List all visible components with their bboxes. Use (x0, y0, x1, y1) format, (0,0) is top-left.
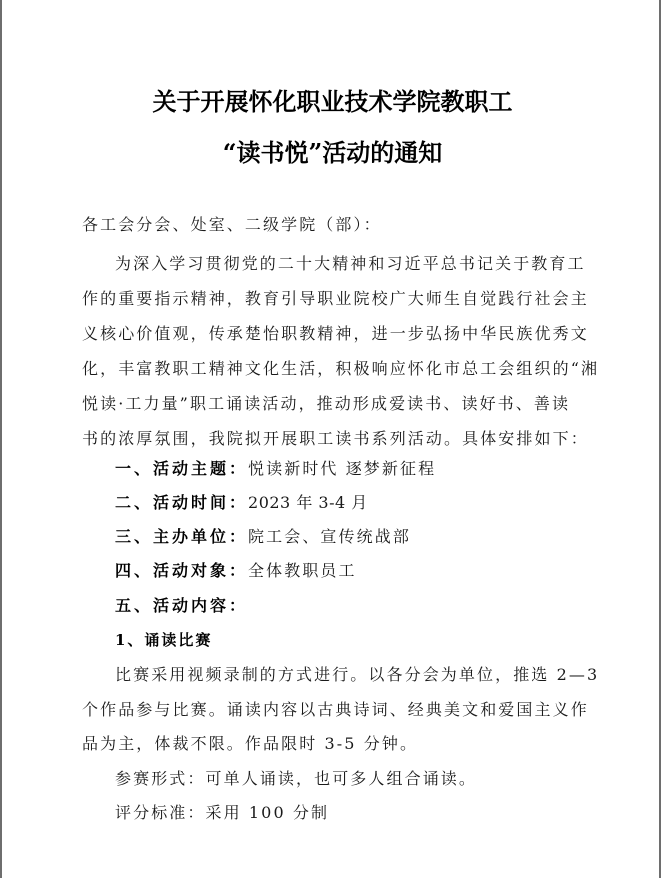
contest-line: 品为主，体裁不限。作品限时 3-5 分钟。 (82, 734, 592, 754)
intro-line: 义核心价值观，传承楚怡职教精神，进一步弘扬中华民族优秀文 (82, 324, 592, 344)
intro-line: 为深入学习贯彻党的二十大精神和习近平总书记关于教育工 (115, 254, 625, 274)
item-value: 全体教职员工 (248, 561, 357, 580)
document-page: 关于开展怀化职业技术学院教职工 “读书悦”活动的通知 各工会分会、处室、二级学院… (0, 0, 661, 878)
salutation: 各工会分会、处室、二级学院（部）： (82, 215, 592, 235)
scoring-line: 评分标准：采用 100 分制 (115, 803, 625, 823)
item-value: 2023 年 3-4 月 (248, 493, 368, 512)
item-label: 一、活动主题： (115, 459, 248, 478)
document-title-line-2: “读书悦”活动的通知 (2, 133, 661, 168)
item-label: 四、活动对象： (115, 561, 248, 580)
intro-line: 化，丰富教职工精神文化生活，积极响应怀化市总工会组织的“湘 (82, 359, 592, 379)
item-value: 院工会、宣传统战部 (248, 527, 411, 546)
intro-line: 作的重要指示精神，教育引导职业院校广大师生自觉践行社会主 (82, 289, 592, 309)
item-value: 悦读新时代 逐梦新征程 (248, 459, 436, 478)
item-label: 三、主办单位： (115, 527, 248, 546)
intro-line: 书的浓厚氛围，我院拟开展职工读书系列活动。具体安排如下： (82, 429, 592, 449)
item-audience: 四、活动对象：全体教职员工 (115, 561, 625, 581)
item-organizer: 三、主办单位：院工会、宣传统战部 (115, 527, 625, 547)
item-time: 二、活动时间：2023 年 3-4 月 (115, 493, 625, 513)
item-label: 二、活动时间： (115, 493, 248, 512)
subsection-title: 1、诵读比赛 (115, 630, 625, 650)
item-theme: 一、活动主题：悦读新时代 逐梦新征程 (115, 459, 625, 479)
format-line: 参赛形式：可单人诵读，也可多人组合诵读。 (115, 769, 625, 789)
intro-line: 悦读·工力量”职工诵读活动，推动形成爱读书、读好书、善读 (82, 394, 592, 414)
contest-line: 个作品参与比赛。诵读内容以古典诗词、经典美文和爱国主义作 (82, 700, 592, 720)
contest-line: 比赛采用视频录制的方式进行。以各分会为单位，推选 2—3 (115, 665, 625, 685)
document-title-line-1: 关于开展怀化职业技术学院教职工 (2, 82, 661, 117)
item-content: 五、活动内容： (115, 596, 625, 616)
item-label: 五、活动内容： (115, 596, 248, 615)
